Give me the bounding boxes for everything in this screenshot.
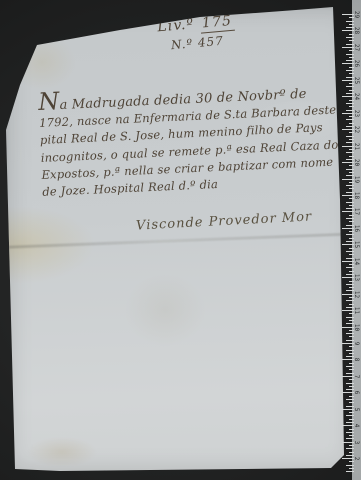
ruler-tick bbox=[346, 103, 354, 104]
ruler-number: 11 bbox=[353, 306, 360, 315]
ruler-tick bbox=[349, 402, 354, 403]
ruler-tick bbox=[349, 24, 354, 25]
ruler-number: 24 bbox=[353, 92, 360, 101]
ruler-number: 3 bbox=[353, 438, 360, 447]
measurement-ruler: 2928272625242322212019181716151413121110… bbox=[337, 0, 361, 480]
ruler-tick bbox=[349, 271, 354, 272]
ruler-tick bbox=[346, 465, 354, 466]
ruler-tick bbox=[349, 254, 354, 255]
scan-background: Liv.º 175 N.º 457 Na Madrugada dedia 30 … bbox=[0, 0, 361, 480]
ruler-tick bbox=[349, 353, 354, 354]
ruler-tick bbox=[346, 350, 354, 351]
ruler-tick bbox=[349, 188, 354, 189]
ruler-tick bbox=[346, 317, 354, 318]
ruler-number: 28 bbox=[353, 26, 360, 35]
register-header: Liv.º 175 N.º 457 bbox=[157, 13, 237, 54]
ruler-tick bbox=[346, 86, 354, 87]
ruler-tick bbox=[346, 21, 354, 22]
ruler-number: 9 bbox=[353, 339, 360, 348]
ruler-tick bbox=[346, 136, 354, 137]
ruler-tick bbox=[349, 139, 354, 140]
ruler-tick bbox=[346, 432, 354, 433]
ruler-tick bbox=[349, 369, 354, 370]
ruler-number: 27 bbox=[353, 43, 360, 52]
ruler-tick bbox=[346, 284, 354, 285]
entry-number-label: N.º bbox=[170, 36, 193, 52]
ruler-number: 2 bbox=[353, 454, 360, 463]
ruler-tick bbox=[346, 218, 354, 219]
ruler-tick bbox=[349, 320, 354, 321]
book-number: 175 bbox=[199, 13, 235, 34]
ruler-number: 13 bbox=[353, 273, 360, 282]
ruler-number: 26 bbox=[353, 59, 360, 68]
ruler-tick bbox=[346, 152, 354, 153]
ruler-tick bbox=[346, 415, 354, 416]
ruler-number: 16 bbox=[353, 224, 360, 233]
ruler-tick bbox=[346, 185, 354, 186]
ruler-tick bbox=[346, 300, 354, 301]
ruler-tick bbox=[346, 267, 354, 268]
ruler-tick bbox=[349, 468, 354, 469]
ruler-number: 23 bbox=[353, 109, 360, 118]
ruler-number: 14 bbox=[353, 257, 360, 266]
ruler-tick bbox=[349, 386, 354, 387]
document-page: Liv.º 175 N.º 457 Na Madrugada dedia 30 … bbox=[0, 0, 361, 480]
ruler-tick bbox=[346, 54, 354, 55]
ruler-tick bbox=[349, 287, 354, 288]
ruler-tick bbox=[346, 399, 354, 400]
ruler-tick bbox=[346, 119, 354, 120]
book-label: Liv.º bbox=[157, 16, 195, 35]
ruler-tick bbox=[349, 304, 354, 305]
ruler-number: 18 bbox=[353, 191, 360, 200]
ruler-number: 8 bbox=[353, 355, 360, 364]
ruler-tick bbox=[349, 238, 354, 239]
ruler-tick bbox=[346, 448, 354, 449]
ruler-number: 25 bbox=[353, 76, 360, 85]
ruler-number: 5 bbox=[353, 405, 360, 414]
ruler-number: 12 bbox=[353, 290, 360, 299]
ruler-tick bbox=[346, 234, 354, 235]
ruler-tick bbox=[349, 452, 354, 453]
ruler-number: 4 bbox=[353, 421, 360, 430]
ruler-tick bbox=[349, 57, 354, 58]
ruler-tick bbox=[349, 123, 354, 124]
ruler-tick bbox=[346, 383, 354, 384]
ruler-number: 7 bbox=[353, 372, 360, 381]
ruler-tick bbox=[346, 471, 354, 472]
ruler-tick bbox=[349, 419, 354, 420]
ruler-number: 21 bbox=[353, 142, 360, 151]
ruler-tick bbox=[349, 336, 354, 337]
ruler-tick bbox=[349, 435, 354, 436]
ruler-tick bbox=[349, 156, 354, 157]
ruler-tick bbox=[346, 169, 354, 170]
ruler-number: 6 bbox=[353, 388, 360, 397]
ruler-number: 15 bbox=[353, 240, 360, 249]
book-reference: Liv.º 175 bbox=[157, 13, 235, 36]
ruler-tick bbox=[349, 205, 354, 206]
ruler-tick bbox=[349, 221, 354, 222]
ruler-number: 19 bbox=[353, 175, 360, 184]
ruler-number: 17 bbox=[353, 207, 360, 216]
ruler-tick bbox=[346, 251, 354, 252]
ruler-tick bbox=[349, 106, 354, 107]
manuscript-body: Na Madrugada dedia 30 de Novbrº de 1792,… bbox=[38, 83, 346, 201]
ruler-tick bbox=[346, 366, 354, 367]
ruler-number: 20 bbox=[353, 158, 360, 167]
ruler-tick bbox=[346, 70, 354, 71]
entry-number-value: 457 bbox=[197, 34, 224, 50]
ruler-tick bbox=[349, 172, 354, 173]
ruler-tick bbox=[346, 202, 354, 203]
ruler-number: 22 bbox=[353, 125, 360, 134]
ruler-tick bbox=[349, 73, 354, 74]
ruler-tick bbox=[346, 37, 354, 38]
ruler-tick bbox=[346, 333, 354, 334]
ruler-number: 10 bbox=[353, 323, 360, 332]
ruler-tick bbox=[349, 40, 354, 41]
ruler-tick bbox=[349, 90, 354, 91]
ruler-number: 29 bbox=[353, 10, 360, 19]
